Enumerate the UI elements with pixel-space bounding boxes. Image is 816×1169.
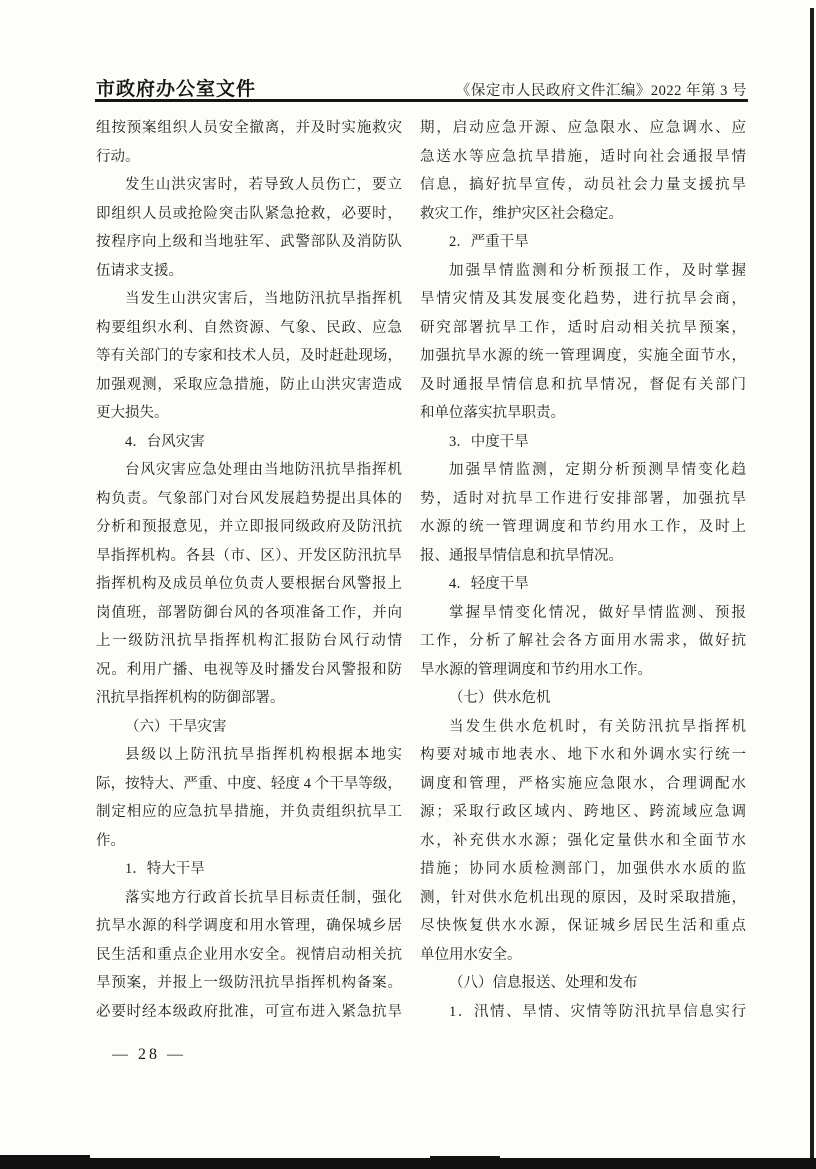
text-line: 县级以上防汛抗旱指挥机构根据本地实 bbox=[96, 741, 402, 770]
text-line: 旱预案，并报上一级防汛抗旱指挥机构备案。 bbox=[96, 969, 402, 998]
scan-artifact-right-edge bbox=[810, 8, 814, 1160]
text-line: 况。利用广播、电视等及时播发台风警报和防 bbox=[96, 656, 402, 685]
text-line: 上一级防汛抗旱指挥机构汇报防台风行动情 bbox=[96, 627, 402, 656]
text-line: 加强旱情监测，定期分析预测旱情变化趋 bbox=[420, 456, 746, 485]
text-line: 救灾工作，维护灾区社会稳定。 bbox=[420, 200, 746, 229]
text-line: 1．特大干旱 bbox=[96, 855, 402, 884]
text-line: 掌握旱情变化情况，做好旱情监测、预报 bbox=[420, 599, 746, 628]
text-line: 源；采取行政区域内、跨地区、跨流域应急调 bbox=[420, 798, 746, 827]
text-line: 报、通报旱情信息和抗旱情况。 bbox=[420, 542, 746, 571]
text-column-right: 期，启动应急开源、应急限水、应急调水、应急送水等应急抗旱措施，适时向社会通报旱情… bbox=[420, 114, 746, 1026]
text-line: 旱水源的管理调度和节约用水工作。 bbox=[420, 656, 746, 685]
text-line: 及时通报旱情信息和抗旱情况，督促有关部门 bbox=[420, 371, 746, 400]
text-line: 台风灾害应急处理由当地防汛抗旱指挥机 bbox=[96, 456, 402, 485]
text-line: 组按预案组织人员安全撤离，并及时实施救灾 bbox=[96, 114, 402, 143]
text-line: 制定相应的应急抗旱措施，并负责组织抗旱工 bbox=[96, 798, 402, 827]
text-line: 抗旱水源的科学调度和用水管理，确保城乡居 bbox=[96, 912, 402, 941]
text-line: 水，补充供水水源；强化定量供水和全面节水 bbox=[420, 827, 746, 856]
text-line: 和单位落实抗旱职责。 bbox=[420, 399, 746, 428]
text-line: 测，针对供水危机出现的原因，及时采取措施， bbox=[420, 884, 746, 913]
text-line: 加强观测，采取应急措施，防止山洪灾害造成 bbox=[96, 371, 402, 400]
text-line: 岗值班，部署防御台风的各项准备工作，并向 bbox=[96, 599, 402, 628]
document-body: 组按预案组织人员安全撤离，并及时实施救灾行动。发生山洪灾害时，若导致人员伤亡，要… bbox=[96, 114, 746, 1026]
header-left-title: 市政府办公室文件 bbox=[96, 74, 256, 101]
text-line: 当发生山洪灾害后，当地防汛抗旱指挥机 bbox=[96, 285, 402, 314]
text-line: （七）供水危机 bbox=[420, 684, 746, 713]
text-line: 伍请求支援。 bbox=[96, 257, 402, 286]
text-line: 1．汛情、旱情、灾情等防汛抗旱信息实行 bbox=[420, 998, 746, 1027]
text-line: 民生活和重点企业用水安全。视情启动相关抗 bbox=[96, 941, 402, 970]
text-line: 3．中度干旱 bbox=[420, 428, 746, 457]
text-line: 加强旱情监测和分析预报工作，及时掌握 bbox=[420, 257, 746, 286]
text-line: 按程序向上级和当地驻军、武警部队及消防队 bbox=[96, 228, 402, 257]
text-line: 分析和预报意见，并立即报同级政府及防汛抗 bbox=[96, 513, 402, 542]
text-line: 4．轻度干旱 bbox=[420, 570, 746, 599]
text-line: 措施；协同水质检测部门，加强供水水质的监 bbox=[420, 855, 746, 884]
page-number: — 28 — bbox=[112, 1046, 186, 1064]
text-line: 汛抗旱指挥机构的防御部署。 bbox=[96, 684, 402, 713]
text-line: 指挥机构及成员单位负责人要根据台风警报上 bbox=[96, 570, 402, 599]
text-line: 2．严重干旱 bbox=[420, 228, 746, 257]
text-line: 研究部署抗旱工作，适时启动相关抗旱预案， bbox=[420, 314, 746, 343]
header-right-title: 《保定市人民政府文件汇编》2022 年第 3 号 bbox=[456, 79, 747, 100]
text-line: 构要组织水利、自然资源、气象、民政、应急 bbox=[96, 314, 402, 343]
text-line: 等有关部门的专家和技术人员，及时赶赴现场， bbox=[96, 342, 402, 371]
text-line: 势，适时对抗旱工作进行安排部署，加强抗旱 bbox=[420, 485, 746, 514]
text-line: 构要对城市地表水、地下水和外调水实行统一 bbox=[420, 741, 746, 770]
text-line: 当发生供水危机时，有关防汛抗旱指挥机 bbox=[420, 713, 746, 742]
text-line: 水源的统一管理调度和节约用水工作，及时上 bbox=[420, 513, 746, 542]
text-line: 尽快恢复供水水源，保证城乡居民生活和重点 bbox=[420, 912, 746, 941]
text-line: 期，启动应急开源、应急限水、应急调水、应 bbox=[420, 114, 746, 143]
text-line: 工作，分析了解社会各方面用水需求，做好抗 bbox=[420, 627, 746, 656]
header-rule bbox=[95, 99, 748, 102]
document-page: 市政府办公室文件 《保定市人民政府文件汇编》2022 年第 3 号 组按预案组织… bbox=[0, 0, 816, 1169]
text-line: 发生山洪灾害时，若导致人员伤亡，要立 bbox=[96, 171, 402, 200]
text-column-left: 组按预案组织人员安全撤离，并及时实施救灾行动。发生山洪灾害时，若导致人员伤亡，要… bbox=[96, 114, 402, 1026]
text-line: 加强抗旱水源的统一管理调度，实施全面节水， bbox=[420, 342, 746, 371]
text-line: 构负责。气象部门对台风发展趋势提出具体的 bbox=[96, 485, 402, 514]
text-line: 必要时经本级政府批准，可宣布进入紧急抗旱 bbox=[96, 998, 402, 1027]
text-line: 更大损失。 bbox=[96, 399, 402, 428]
text-line: （八）信息报送、处理和发布 bbox=[420, 969, 746, 998]
text-line: 行动。 bbox=[96, 143, 402, 172]
scan-artifact-bottom-edge bbox=[0, 1158, 816, 1169]
text-line: 旱情灾情及其发展变化趋势，进行抗旱会商， bbox=[420, 285, 746, 314]
text-line: 落实地方行政首长抗旱目标责任制，强化 bbox=[96, 884, 402, 913]
text-line: （六）干旱灾害 bbox=[96, 713, 402, 742]
text-line: 旱指挥机构。各县（市、区）、开发区防汛抗旱 bbox=[96, 542, 402, 571]
text-line: 4．台风灾害 bbox=[96, 428, 402, 457]
text-line: 作。 bbox=[96, 827, 402, 856]
text-line: 际，按特大、严重、中度、轻度 4 个干旱等级， bbox=[96, 770, 402, 799]
document-header: 市政府办公室文件 《保定市人民政府文件汇编》2022 年第 3 号 bbox=[96, 74, 747, 101]
text-line: 单位用水安全。 bbox=[420, 941, 746, 970]
text-line: 即组织人员或抢险突击队紧急抢救，必要时， bbox=[96, 200, 402, 229]
text-line: 急送水等应急抗旱措施，适时向社会通报旱情 bbox=[420, 143, 746, 172]
text-line: 调度和管理，严格实施应急限水，合理调配水 bbox=[420, 770, 746, 799]
text-line: 信息，搞好抗旱宣传，动员社会力量支援抗旱 bbox=[420, 171, 746, 200]
